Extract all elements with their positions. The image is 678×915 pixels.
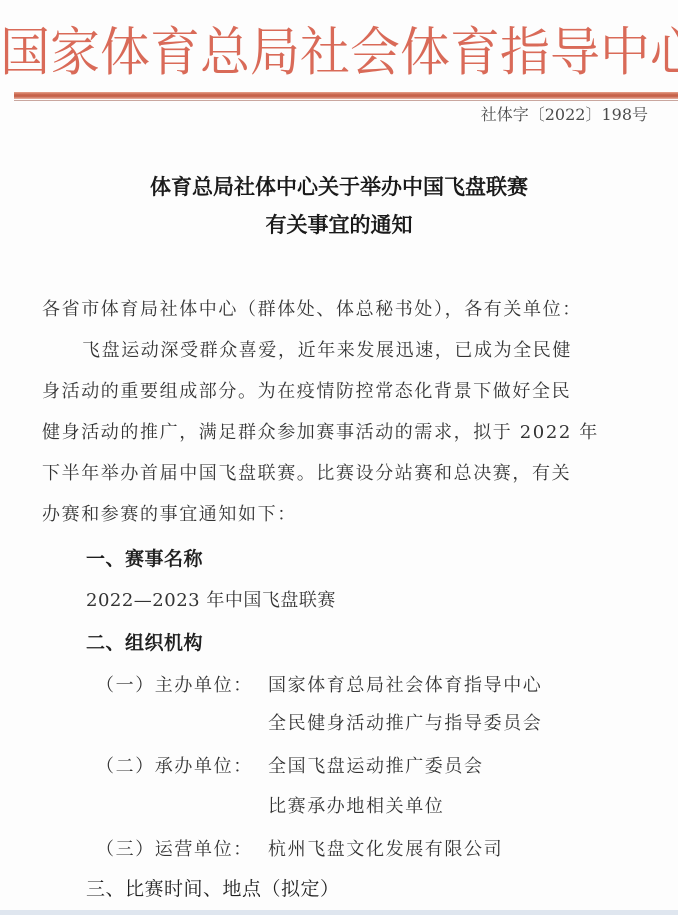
organizer-host-value-1: 国家体育总局社会体育指导中心 — [268, 673, 542, 699]
letterhead-thin-rule — [14, 100, 678, 101]
intro-line-5: 办赛和参赛的事宜通知如下： — [42, 502, 297, 528]
organization-letterhead: 国家体育总局社会体育指导中心 — [0, 18, 678, 85]
organizer-undertaker-value-2: 比赛承办地相关单位 — [268, 794, 444, 820]
document-title-line-2: 有关事宜的通知 — [0, 210, 678, 240]
organizer-operator-value: 杭州飞盘文化发展有限公司 — [268, 837, 503, 863]
event-name: 2022—2023 年中国飞盘联赛 — [86, 588, 336, 614]
section-heading-3: 三、比赛时间、地点（拟定） — [86, 876, 340, 902]
organizer-undertaker-value-1: 全国飞盘运动推广委员会 — [268, 754, 484, 780]
salutation: 各省市体育局社体中心（群体处、体总秘书处），各有关单位： — [42, 297, 582, 323]
intro-line-4: 下半年举办首届中国飞盘联赛。比赛设分站赛和总决赛，有关 — [42, 461, 571, 487]
document-page: 国家体育总局社会体育指导中心 社体字〔2022〕198号 体育总局社体中心关于举… — [0, 0, 678, 910]
intro-line-2: 身活动的重要组成部分。为在疫情防控常态化背景下做好全民 — [42, 379, 571, 405]
document-number: 社体字〔2022〕198号 — [481, 104, 648, 126]
letterhead-red-rule — [14, 92, 678, 99]
organizer-undertaker-label: （二）承办单位： — [96, 754, 253, 780]
document-title-line-1: 体育总局社体中心关于举办中国飞盘联赛 — [0, 172, 678, 202]
section-heading-1: 一、赛事名称 — [86, 546, 203, 572]
intro-line-1: 飞盘运动深受群众喜爱，近年来发展迅速，已成为全民健 — [82, 338, 572, 364]
organizer-operator-label: （三）运营单位： — [96, 837, 253, 863]
organizer-host-label: （一）主办单位： — [96, 673, 253, 699]
intro-line-3: 健身活动的推广，满足群众参加赛事活动的需求，拟于 2022 年 — [42, 420, 599, 446]
viewer-bottom-strip — [0, 910, 678, 915]
section-heading-2: 二、组织机构 — [86, 630, 203, 656]
organizer-host-value-2: 全民健身活动推广与指导委员会 — [268, 711, 542, 737]
